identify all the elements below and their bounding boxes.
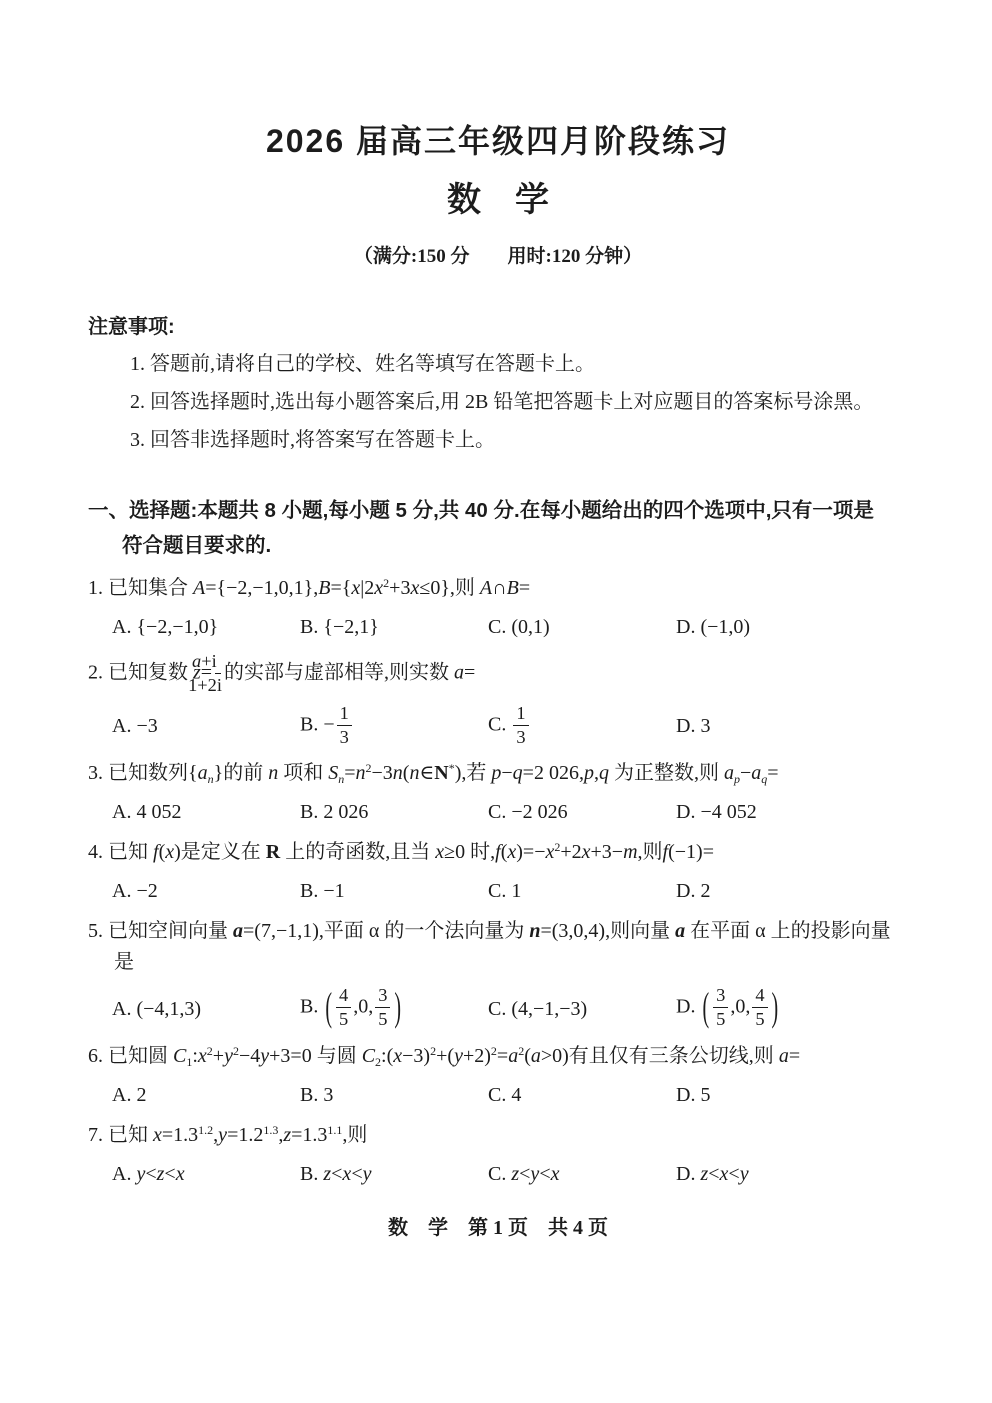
question-6: 6. 已知圆 C1:x2+y2−4y+3=0 与圆 C2:(x−3)2+(y+2… — [88, 1041, 908, 1110]
notice-heading: 注意事项: — [88, 310, 908, 339]
question-2: 2. 已知复数 z=a+i1+2i的实部与虚部相等,则实数 a= A. −3 B… — [88, 652, 908, 748]
q7-option-c: C. z<y<x — [488, 1159, 676, 1189]
q2-option-b: B. −13 — [300, 704, 488, 748]
notice-item-1: 1. 答题前,请将自己的学校、姓名等填写在答题卡上。 — [88, 345, 908, 383]
q1-option-b: B. {−2,1} — [300, 612, 488, 642]
q2-option-d: D. 3 — [676, 711, 710, 741]
q6-option-c: C. 4 — [488, 1080, 676, 1110]
question-2-stem: 2. 已知复数 z=a+i1+2i的实部与虚部相等,则实数 a= — [88, 652, 908, 696]
exam-subject: 数 学 — [88, 172, 908, 221]
question-4-stem: 4. 已知 f(x)是定义在 R 上的奇函数,且当 x≥0 时,f(x)=−x2… — [88, 837, 908, 868]
q6-option-d: D. 5 — [676, 1080, 710, 1110]
page-footer: 数 学 第 1 页 共 4 页 — [88, 1211, 908, 1240]
q6-option-a: A. 2 — [112, 1080, 300, 1110]
question-5-stem: 5. 已知空间向量 a=(7,−1,1),平面 α 的一个法向量为 n=(3,0… — [88, 916, 908, 978]
question-1-stem: 1. 已知集合 A={−2,−1,0,1},B={x|2x2+3x≤0},则 A… — [88, 573, 908, 604]
question-2-options: A. −3 B. −13 C. 13 D. 3 — [112, 704, 908, 748]
section-heading: 一、选择题:本题共 8 小题,每小题 5 分,共 40 分.在每小题给出的四个选… — [88, 493, 908, 563]
q5-option-b: B. (45,0,35) — [300, 986, 488, 1030]
question-7: 7. 已知 x=1.31.2,y=1.21.3,z=1.31.1,则 A. y<… — [88, 1120, 908, 1189]
question-3: 3. 已知数列{an}的前 n 项和 Sn=n2−3n(n∈N*),若 p−q=… — [88, 758, 908, 827]
q3-option-c: C. −2 026 — [488, 797, 676, 827]
question-3-stem: 3. 已知数列{an}的前 n 项和 Sn=n2−3n(n∈N*),若 p−q=… — [88, 758, 908, 789]
q7-option-d: D. z<x<y — [676, 1159, 749, 1189]
q2-option-c: C. 13 — [488, 704, 676, 748]
question-5: 5. 已知空间向量 a=(7,−1,1),平面 α 的一个法向量为 n=(3,0… — [88, 916, 908, 1030]
question-7-options: A. y<z<x B. z<x<y C. z<y<x D. z<x<y — [112, 1159, 908, 1189]
question-5-options: A. (−4,1,3) B. (45,0,35) C. (4,−1,−3) D.… — [112, 986, 908, 1030]
question-6-options: A. 2 B. 3 C. 4 D. 5 — [112, 1080, 908, 1110]
question-1-options: A. {−2,−1,0} B. {−2,1} C. (0,1) D. (−1,0… — [112, 612, 908, 642]
q3-option-a: A. 4 052 — [112, 797, 300, 827]
notice-item-3: 3. 回答非选择题时,将答案写在答题卡上。 — [88, 421, 908, 459]
q4-option-d: D. 2 — [676, 876, 710, 906]
q3-option-d: D. −4 052 — [676, 797, 757, 827]
section-heading-line1: 一、选择题:本题共 8 小题,每小题 5 分,共 40 分.在每小题给出的四个选… — [88, 493, 908, 528]
notice-item-2: 2. 回答选择题时,选出每小题答案后,用 2B 铅笔把答题卡上对应题目的答案标号… — [88, 383, 908, 421]
exam-meta: （满分:150 分 用时:120 分钟） — [88, 241, 908, 268]
notice-list: 1. 答题前,请将自己的学校、姓名等填写在答题卡上。 2. 回答选择题时,选出每… — [88, 345, 908, 459]
section-heading-line2: 符合题目要求的. — [88, 528, 908, 563]
q7-option-b: B. z<x<y — [300, 1159, 488, 1189]
exam-page: 2026 届高三年级四月阶段练习 数 学 （满分:150 分 用时:120 分钟… — [0, 0, 992, 1403]
q1-option-d: D. (−1,0) — [676, 612, 750, 642]
question-4: 4. 已知 f(x)是定义在 R 上的奇函数,且当 x≥0 时,f(x)=−x2… — [88, 837, 908, 906]
question-7-stem: 7. 已知 x=1.31.2,y=1.21.3,z=1.31.1,则 — [88, 1120, 908, 1151]
q5-option-d: D. (35,0,45) — [676, 986, 780, 1030]
q5-option-a: A. (−4,1,3) — [112, 994, 300, 1024]
q2-option-a: A. −3 — [112, 711, 300, 741]
q3-option-b: B. 2 026 — [300, 797, 488, 827]
question-1: 1. 已知集合 A={−2,−1,0,1},B={x|2x2+3x≤0},则 A… — [88, 573, 908, 642]
question-4-options: A. −2 B. −1 C. 1 D. 2 — [112, 876, 908, 906]
q1-option-c: C. (0,1) — [488, 612, 676, 642]
question-6-stem: 6. 已知圆 C1:x2+y2−4y+3=0 与圆 C2:(x−3)2+(y+2… — [88, 1041, 908, 1072]
q4-option-b: B. −1 — [300, 876, 488, 906]
q7-option-a: A. y<z<x — [112, 1159, 300, 1189]
q5-option-c: C. (4,−1,−3) — [488, 994, 676, 1024]
q6-option-b: B. 3 — [300, 1080, 488, 1110]
question-3-options: A. 4 052 B. 2 026 C. −2 026 D. −4 052 — [112, 797, 908, 827]
q1-option-a: A. {−2,−1,0} — [112, 612, 300, 642]
q4-option-a: A. −2 — [112, 876, 300, 906]
q4-option-c: C. 1 — [488, 876, 676, 906]
exam-title: 2026 届高三年级四月阶段练习 — [88, 116, 908, 162]
